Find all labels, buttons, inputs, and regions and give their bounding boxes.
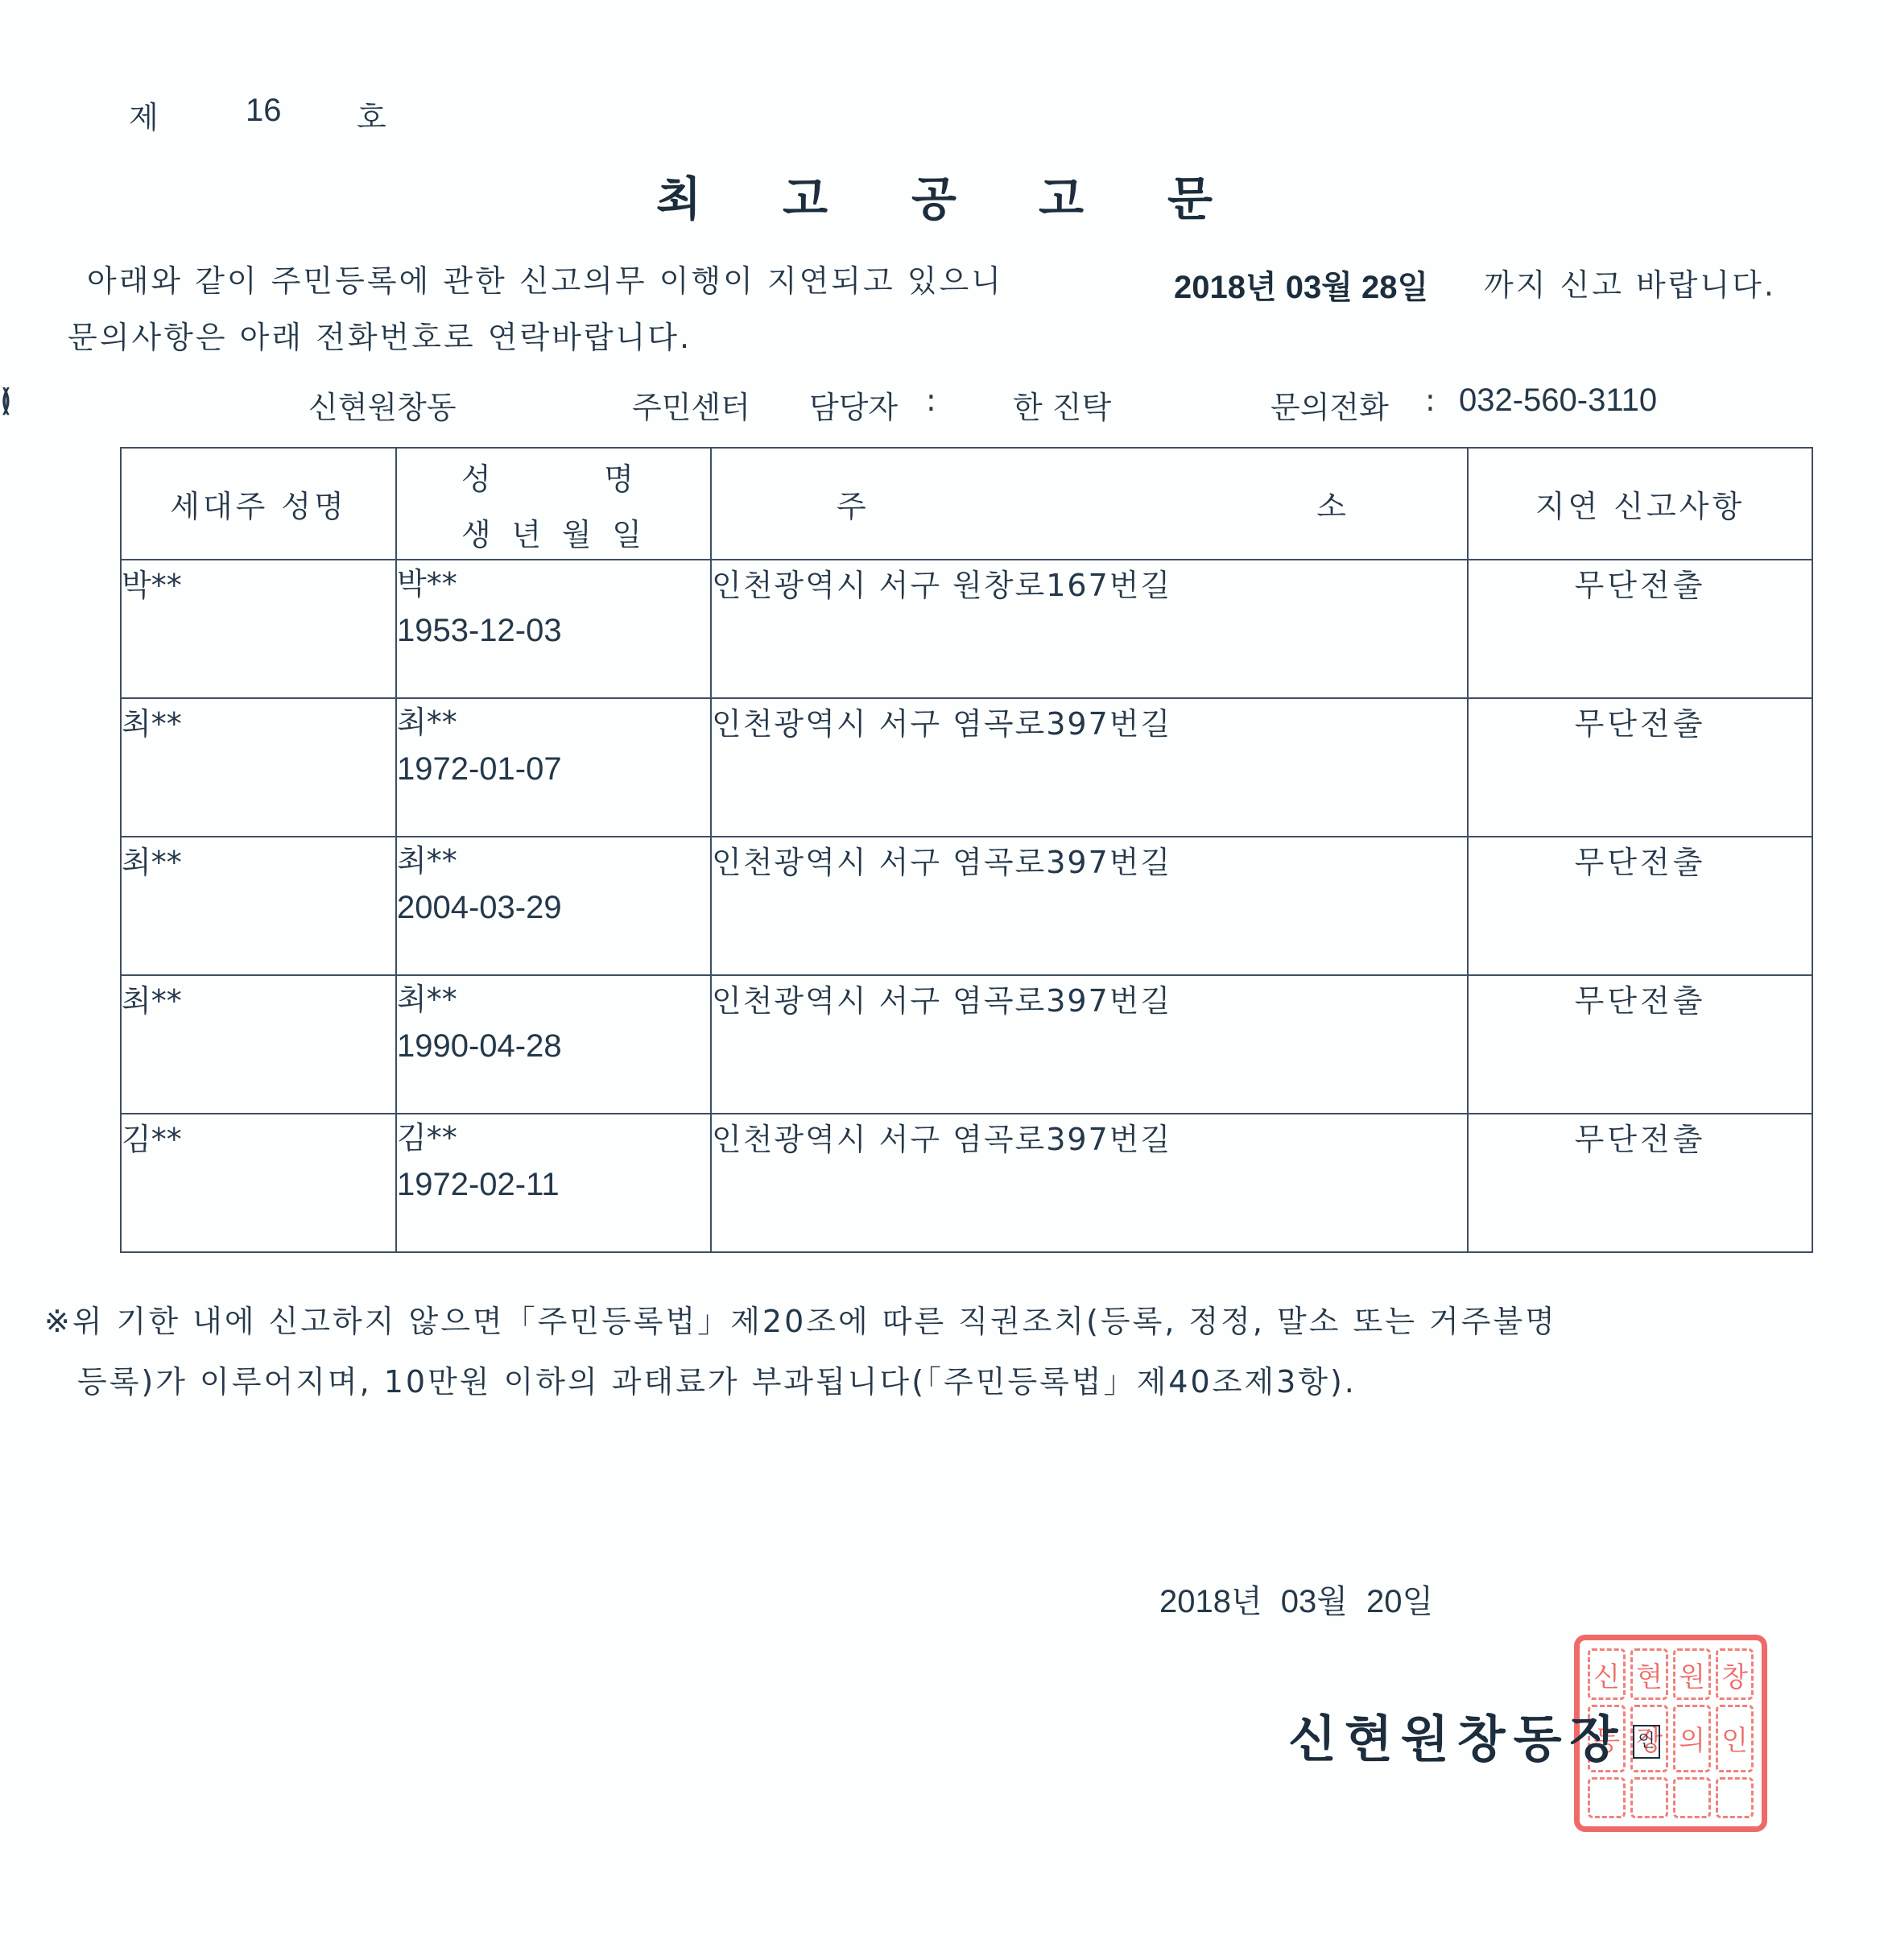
cell-name: 김** xyxy=(397,1120,457,1156)
contact-center: 주민센터 xyxy=(632,382,750,427)
stamp-glyph: 창 xyxy=(1716,1648,1754,1700)
contact-phone-label: 문의전화 xyxy=(1270,382,1389,427)
deadline-date: 2018년 03월 28일 xyxy=(1174,262,1428,308)
cell-birthdate: 2004-03-29 xyxy=(397,884,710,931)
table-row: 최** 최** 2004-03-29 인천광역시 서구 염곡로397번길 무단전… xyxy=(121,837,1812,975)
contact-colon: : xyxy=(1425,382,1436,418)
header-label: 생 xyxy=(461,510,491,554)
stamp-glyph: 인 xyxy=(1716,1705,1754,1772)
cell-address: 인천광역시 서구 염곡로397번길 xyxy=(711,1114,1468,1252)
cell-address: 인천광역시 서구 염곡로397번길 xyxy=(711,837,1468,975)
doc-number-suffix: 호 xyxy=(357,93,386,137)
cell-name: 최** xyxy=(397,982,457,1017)
cell-household-head: 김** xyxy=(121,1114,396,1252)
header-label: 주 xyxy=(837,482,866,526)
header-address: 주 소 xyxy=(711,448,1468,560)
header-name-birth: 성 명 생 년 월 일 xyxy=(396,448,711,560)
cell-name: 최** xyxy=(397,705,457,740)
header-label: 년 xyxy=(511,510,541,554)
contact-manager-label: 담당자 xyxy=(809,382,898,427)
table-row: 최** 최** 1972-01-07 인천광역시 서구 염곡로397번길 무단전… xyxy=(121,698,1812,837)
table-row: 김** 김** 1972-02-11 인천광역시 서구 염곡로397번길 무단전… xyxy=(121,1114,1812,1252)
cell-birthdate: 1953-12-03 xyxy=(397,607,710,654)
title-char: 문 xyxy=(1150,161,1230,229)
stamp-glyph: 원 xyxy=(1673,1648,1711,1700)
contact-manager-name: 한 진탁 xyxy=(1013,382,1111,427)
legal-note-line2: 등록)가 이루어지며, 10만원 이하의 과태료가 부과됩니다(「주민등록법」제… xyxy=(77,1357,1357,1401)
header-label: 명 xyxy=(604,454,634,498)
cell-name-birth: 박** 1953-12-03 xyxy=(396,560,711,698)
contact-dong: 신현원창동 xyxy=(308,382,457,427)
seal-mark-icon: 인 xyxy=(1633,1725,1660,1759)
stamp-glyph xyxy=(1588,1777,1626,1818)
stamp-glyph xyxy=(1673,1777,1711,1818)
cell-birthdate: 1972-01-07 xyxy=(397,746,710,792)
header-label: 지연 신고사항 xyxy=(1535,489,1745,524)
intro-text-line1: 아래와 같이 주민등록에 관한 신고의무 이행이 지연되고 있으니 xyxy=(87,256,1003,300)
cell-name-birth: 최** 2004-03-29 xyxy=(396,837,711,975)
cell-household-head: 최** xyxy=(121,837,396,975)
cell-delay-item: 무단전출 xyxy=(1468,560,1812,698)
stamp-glyph: 신 xyxy=(1588,1648,1626,1700)
contact-paren-close: ) xyxy=(0,382,12,418)
table-header-row: 세대주 성명 성 명 생 년 월 일 주 소 xyxy=(121,448,1812,560)
issue-date: 2018년 03월 20일 xyxy=(1159,1576,1433,1622)
cell-delay-item: 무단전출 xyxy=(1468,1114,1812,1252)
cell-birthdate: 1972-02-11 xyxy=(397,1161,710,1208)
cell-name-birth: 최** 1972-01-07 xyxy=(396,698,711,837)
cell-name: 최** xyxy=(397,843,457,879)
cell-household-head: 최** xyxy=(121,698,396,837)
cell-address: 인천광역시 서구 염곡로397번길 xyxy=(711,975,1468,1114)
cell-household-head: 최** xyxy=(121,975,396,1114)
delinquent-registration-table: 세대주 성명 성 명 생 년 월 일 주 소 xyxy=(120,447,1813,1253)
title-char: 고 xyxy=(1021,161,1101,229)
title-char: 공 xyxy=(894,161,974,229)
table-row: 박** 박** 1953-12-03 인천광역시 서구 원창로167번길 무단전… xyxy=(121,560,1812,698)
cell-delay-item: 무단전출 xyxy=(1468,837,1812,975)
cell-address: 인천광역시 서구 원창로167번길 xyxy=(711,560,1468,698)
title-char: 최 xyxy=(638,161,719,229)
stamp-glyph xyxy=(1630,1777,1668,1818)
header-label: 성 xyxy=(461,454,491,498)
cell-delay-item: 무단전출 xyxy=(1468,698,1812,837)
header-label: 세대주 성명 xyxy=(170,489,347,524)
cell-name-birth: 김** 1972-02-11 xyxy=(396,1114,711,1252)
title-char: 고 xyxy=(765,161,845,229)
cell-household-head: 박** xyxy=(121,560,396,698)
intro-text-line2: 문의사항은 아래 전화번호로 연락바랍니다. xyxy=(68,312,692,357)
issuer-name: 신현원창동장 xyxy=(1288,1699,1626,1771)
stamp-glyph xyxy=(1716,1777,1754,1818)
cell-name-birth: 최** 1990-04-28 xyxy=(396,975,711,1114)
stamp-glyph: 현 xyxy=(1630,1648,1668,1700)
cell-birthdate: 1990-04-28 xyxy=(397,1023,710,1069)
contact-colon: : xyxy=(926,382,936,418)
cell-delay-item: 무단전출 xyxy=(1468,975,1812,1114)
deadline-tail-text: 까지 신고 바랍니다. xyxy=(1484,260,1776,304)
legal-note-line1: ※위 기한 내에 신고하지 않으면「주민등록법」제20조에 따른 직권조치(등록… xyxy=(44,1296,1557,1341)
table-row: 최** 최** 1990-04-28 인천광역시 서구 염곡로397번길 무단전… xyxy=(121,975,1812,1114)
header-household-head: 세대주 성명 xyxy=(121,448,396,560)
header-label: 일 xyxy=(612,510,642,554)
contact-phone-number: 032-560-3110 xyxy=(1459,382,1657,419)
doc-number-prefix: 제 xyxy=(129,93,159,137)
cell-name: 박** xyxy=(397,566,457,602)
header-delay-item: 지연 신고사항 xyxy=(1468,448,1812,560)
stamp-glyph: 의 xyxy=(1673,1705,1711,1772)
cell-address: 인천광역시 서구 염곡로397번길 xyxy=(711,698,1468,837)
doc-number: 16 xyxy=(246,93,282,129)
header-label: 소 xyxy=(1316,482,1346,526)
header-label: 월 xyxy=(562,510,592,554)
